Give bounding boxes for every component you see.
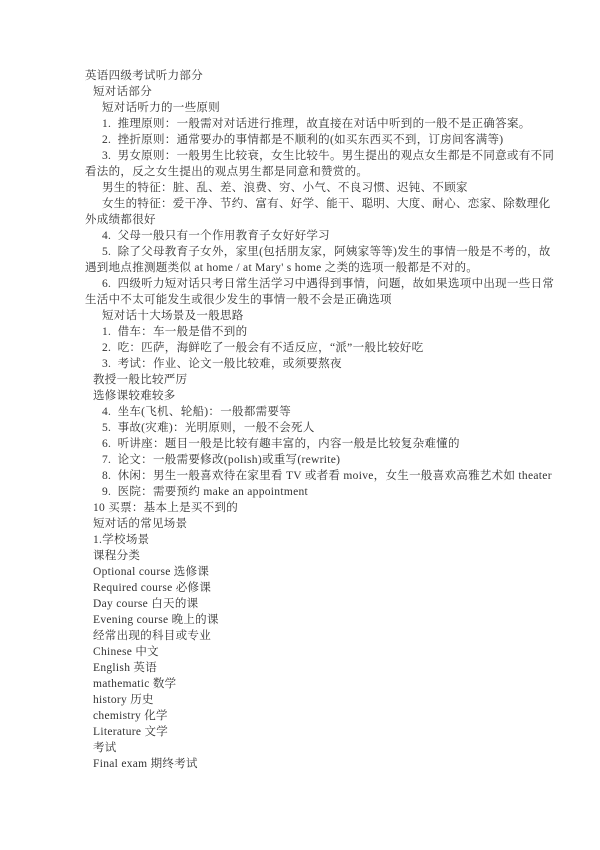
text-line: 考试 xyxy=(0,740,600,756)
text-line: Evening course 晚上的课 xyxy=(0,612,600,628)
text-line: Chinese 中文 xyxy=(0,644,600,660)
text-line: Final exam 期终考试 xyxy=(0,756,600,772)
text-line: 1. 借车：车一般是借不到的 xyxy=(0,324,600,340)
text-line: 6. 听讲座：题目一般是比较有趣丰富的，内容一般是比较复杂难懂的 xyxy=(0,436,600,452)
text-line: 1. 推理原则：一般需对对话进行推理，故直接在对话中听到的一般不是正确答案。 xyxy=(0,116,600,132)
document-text-lines: 英语四级考试听力部分短对话部分短对话听力的一些原则1. 推理原则：一般需对对话进… xyxy=(0,68,600,772)
text-line: 男生的特征：脏、乱、差、浪费、穷、小气、不良习惯、迟钝、不顾家 xyxy=(0,180,600,196)
text-line: Optional course 选修课 xyxy=(0,564,600,580)
text-line: 3. 男女原则：一般男生比较衰，女生比较牛。男生提出的观点女生都是不同意或有不同 xyxy=(0,148,600,164)
text-line: 短对话十大场景及一般思路 xyxy=(0,308,600,324)
text-line: 2. 吃：匹萨，海鲜吃了一般会有不适反应，“派”一般比较好吃 xyxy=(0,340,600,356)
text-line: 看法的，反之女生提出的观点男生都是同意和赞赏的。 xyxy=(0,164,600,180)
text-line: 生活中不太可能发生或很少发生的事情一般不会是正确选项 xyxy=(0,292,600,308)
text-line: chemistry 化学 xyxy=(0,708,600,724)
text-line: 教授一般比较严厉 xyxy=(0,372,600,388)
text-line: 短对话听力的一些原则 xyxy=(0,100,600,116)
text-line: 短对话的常见场景 xyxy=(0,516,600,532)
document-page: 英语四级考试听力部分短对话部分短对话听力的一些原则1. 推理原则：一般需对对话进… xyxy=(0,0,600,850)
text-line: 7. 论文：一般需要修改(polish)或重写(rewrite) xyxy=(0,452,600,468)
text-line: 课程分类 xyxy=(0,548,600,564)
text-line: 遇到地点推测题类似 at home / at Mary' s home 之类的选… xyxy=(0,260,600,276)
text-line: 经常出现的科目或专业 xyxy=(0,628,600,644)
text-line: 4. 父母一般只有一个作用教育子女好好学习 xyxy=(0,228,600,244)
text-line: 8. 休闲：男生一般喜欢待在家里看 TV 或者看 moive，女生一般喜欢高雅艺… xyxy=(0,468,600,484)
text-line: 6. 四级听力短对话只考日常生活学习中遇得到事情，问题，故如果选项中出现一些日常 xyxy=(0,276,600,292)
text-line: 女生的特征：爱干净、节约、富有、好学、能干、聪明、大度、耐心、恋家、除数理化 xyxy=(0,196,600,212)
text-line: Required course 必修课 xyxy=(0,580,600,596)
text-line: Day course 白天的课 xyxy=(0,596,600,612)
text-line: 10 买票：基本上是买不到的 xyxy=(0,500,600,516)
text-line: history 历史 xyxy=(0,692,600,708)
text-line: 短对话部分 xyxy=(0,84,600,100)
text-line: 选修课较难较多 xyxy=(0,388,600,404)
document-title-line: 英语四级考试听力部分 xyxy=(0,68,600,84)
text-line: English 英语 xyxy=(0,660,600,676)
text-line: 外成绩都很好 xyxy=(0,212,600,228)
text-line: 4. 坐车(飞机、轮船)：一般都需要等 xyxy=(0,404,600,420)
text-line: Literature 文学 xyxy=(0,724,600,740)
text-line: mathematic 数学 xyxy=(0,676,600,692)
text-line: 5. 事故(灾难)：光明原则，一般不会死人 xyxy=(0,420,600,436)
text-line: 2. 挫折原则：通常要办的事情都是不顺利的(如买东西买不到，订房间客满等) xyxy=(0,132,600,148)
text-line: 9. 医院：需要预约 make an appointment xyxy=(0,484,600,500)
text-line: 5. 除了父母教育子女外，家里(包括朋友家，阿姨家等等)发生的事情一般是不考的，… xyxy=(0,244,600,260)
text-line: 1.学校场景 xyxy=(0,532,600,548)
text-line: 3. 考试：作业、论文一般比较难，或须要熬夜 xyxy=(0,356,600,372)
